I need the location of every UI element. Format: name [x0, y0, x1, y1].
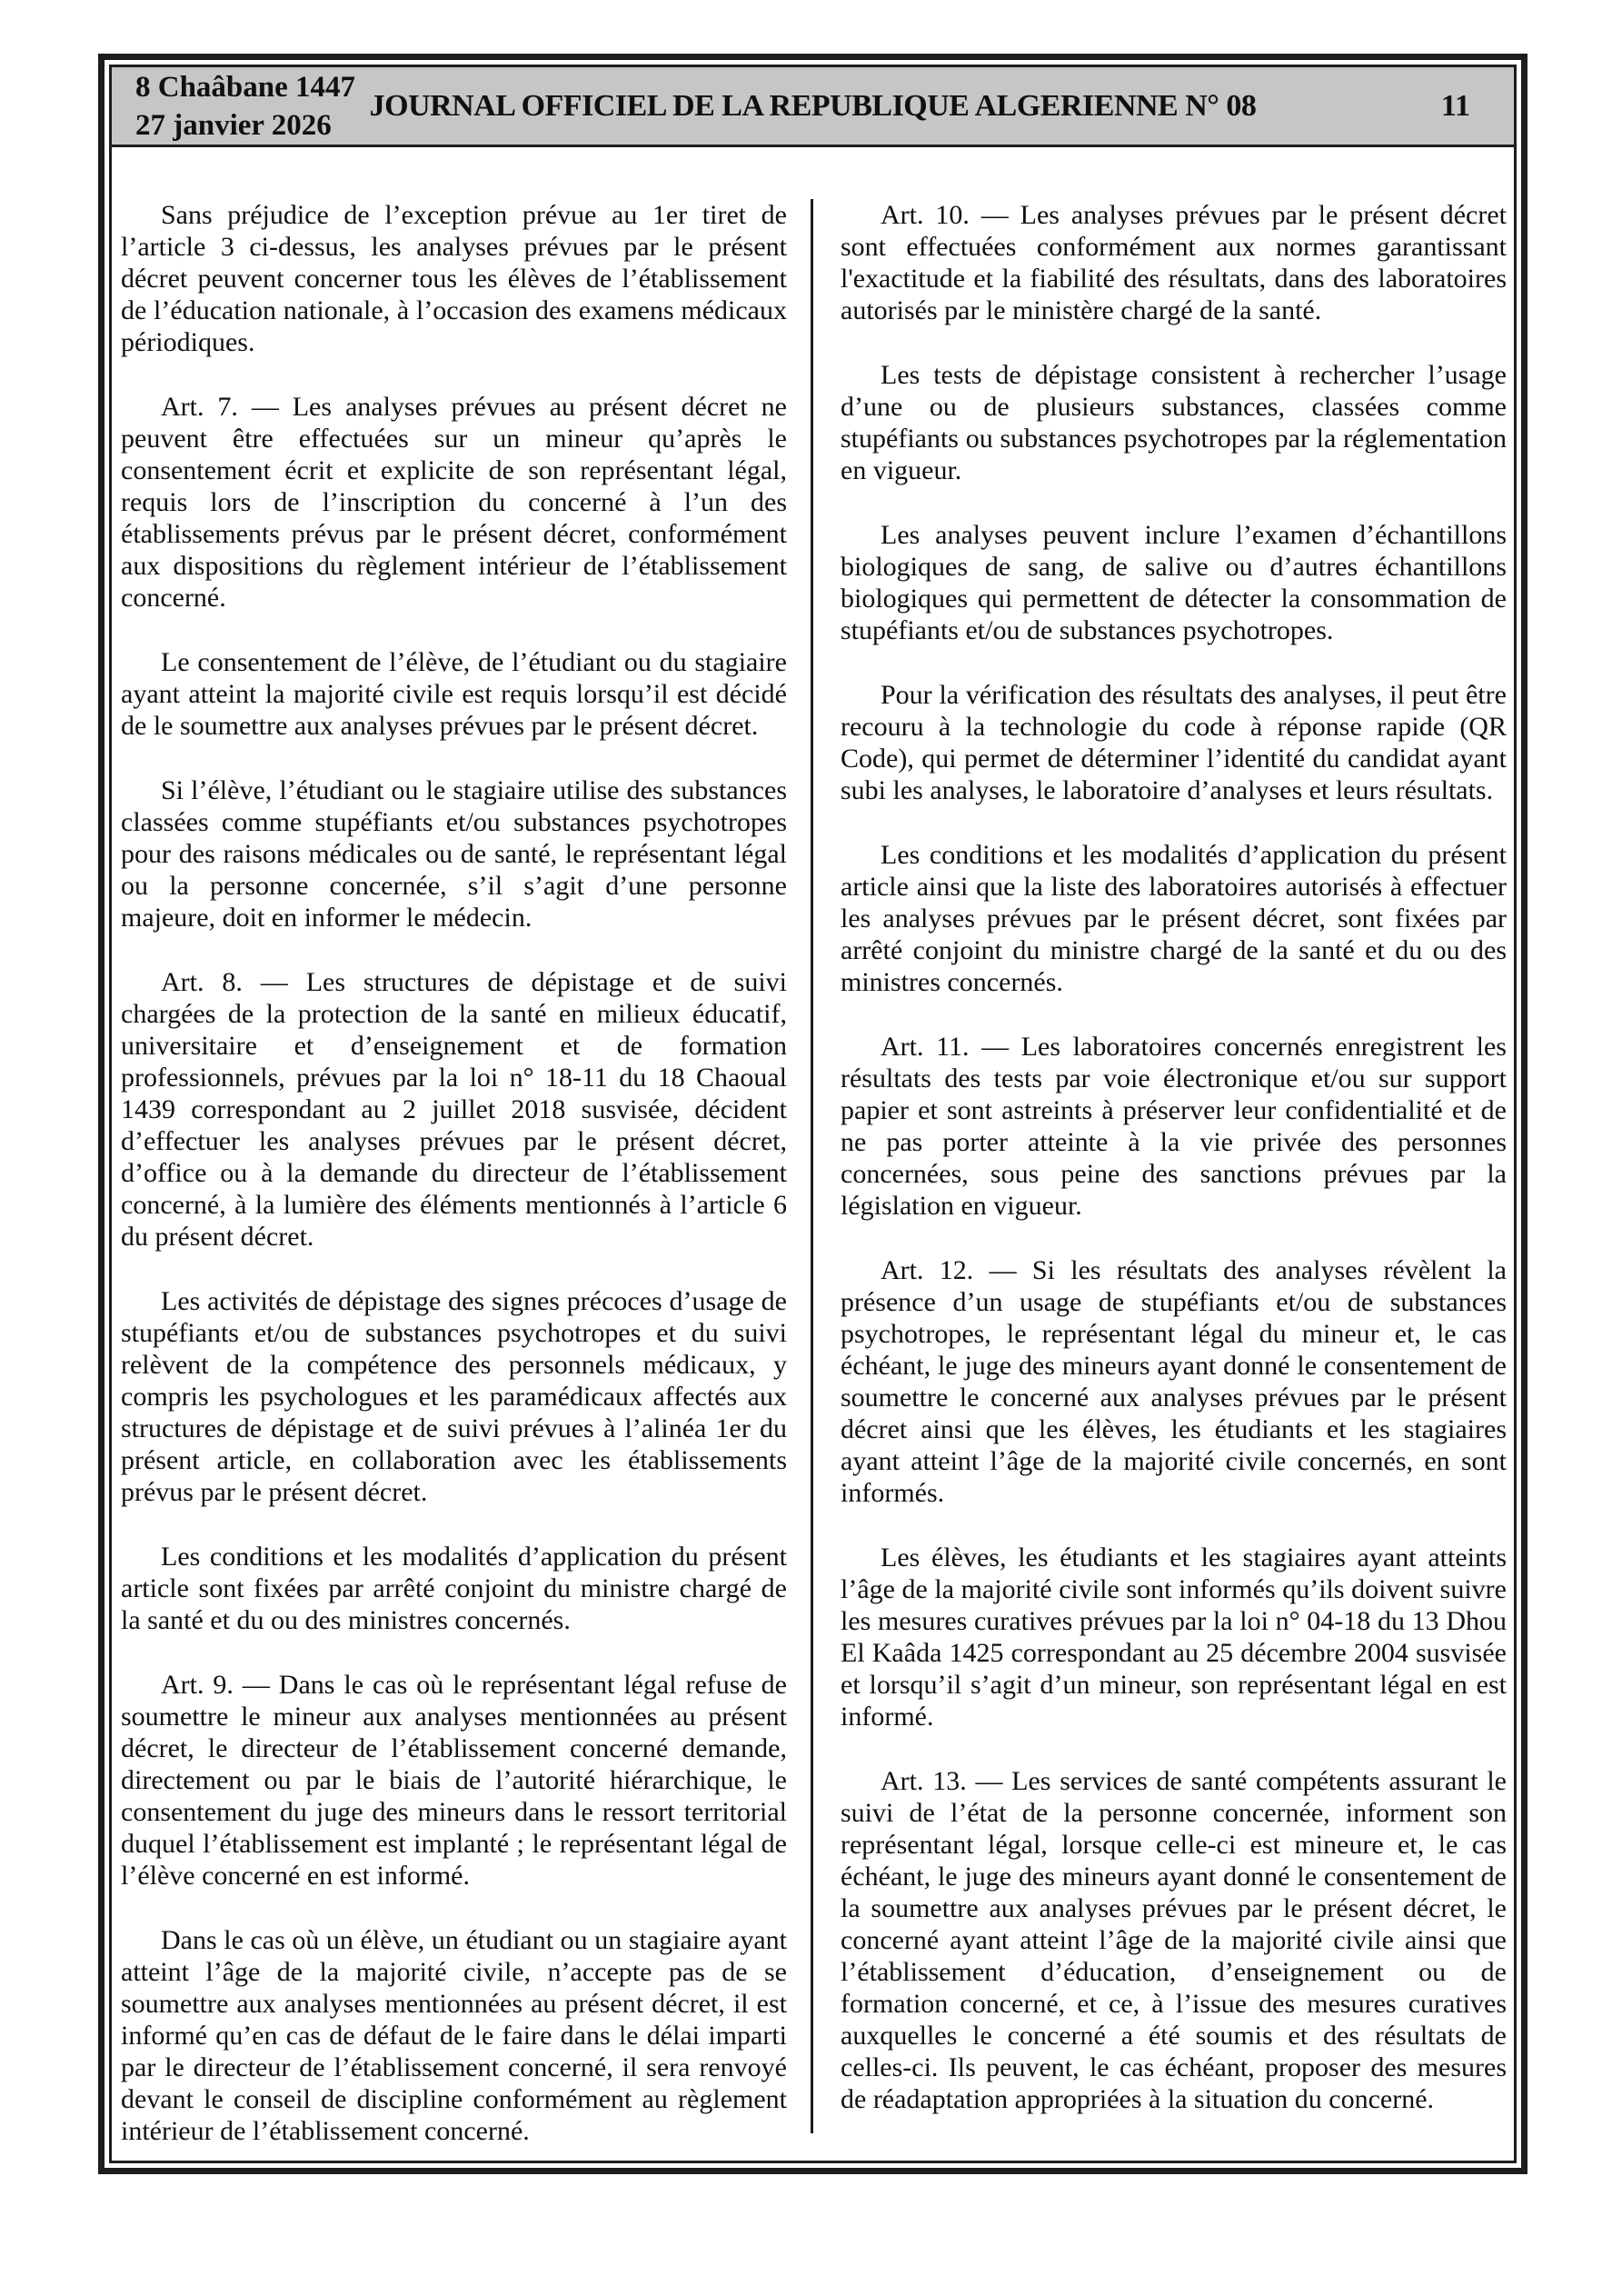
paragraph: Art. 7. — Les analyses prévues au présen… — [121, 391, 787, 614]
paragraph: Si l’élève, l’étudiant ou le stagiaire u… — [121, 774, 787, 933]
paragraph: Le consentement de l’élève, de l’étudian… — [121, 646, 787, 742]
paragraph: Les conditions et les modalités d’applic… — [121, 1541, 787, 1636]
paragraph: Les tests de dépistage consistent à rech… — [841, 359, 1507, 486]
paragraph: Les élèves, les étudiants et les stagiai… — [841, 1542, 1507, 1732]
page-number: 11 — [1441, 89, 1490, 124]
column-divider — [811, 199, 813, 2133]
paragraph: Les conditions et les modalités d’applic… — [841, 839, 1507, 998]
header-band: 8 Chaâbane 1447 27 janvier 2026 JOURNAL … — [112, 67, 1514, 147]
paragraph: Dans le cas où un élève, un étudiant ou … — [121, 1924, 787, 2147]
paragraph: Les analyses peuvent inclure l’examen d’… — [841, 519, 1507, 646]
paragraph: Art. 12. — Si les résultats des analyses… — [841, 1254, 1507, 1509]
page-inner-frame: 8 Chaâbane 1447 27 janvier 2026 JOURNAL … — [109, 65, 1517, 2163]
paragraph: Pour la vérification des résultats des a… — [841, 679, 1507, 806]
journal-page: 8 Chaâbane 1447 27 janvier 2026 JOURNAL … — [0, 0, 1622, 2296]
paragraph: Les activités de dépistage des signes pr… — [121, 1285, 787, 1508]
paragraph: Art. 8. — Les structures de dépistage et… — [121, 966, 787, 1253]
paragraph: Art. 13. — Les services de santé compéte… — [841, 1765, 1507, 2115]
left-column: Sans préjudice de l’exception prévue au … — [121, 199, 787, 2180]
paragraph: Sans préjudice de l’exception prévue au … — [121, 199, 787, 358]
paragraph: Art. 10. — Les analyses prévues par le p… — [841, 199, 1507, 326]
content-columns: Sans préjudice de l’exception prévue au … — [112, 147, 1514, 2180]
paragraph: Art. 11. — Les laboratoires concernés en… — [841, 1031, 1507, 1222]
right-column: Art. 10. — Les analyses prévues par le p… — [841, 199, 1507, 2148]
page-frame: 8 Chaâbane 1447 27 janvier 2026 JOURNAL … — [98, 54, 1527, 2174]
journal-title: JOURNAL OFFICIEL DE LA REPUBLIQUE ALGERI… — [112, 89, 1514, 124]
paragraph: Art. 9. — Dans le cas où le représentant… — [121, 1669, 787, 1892]
